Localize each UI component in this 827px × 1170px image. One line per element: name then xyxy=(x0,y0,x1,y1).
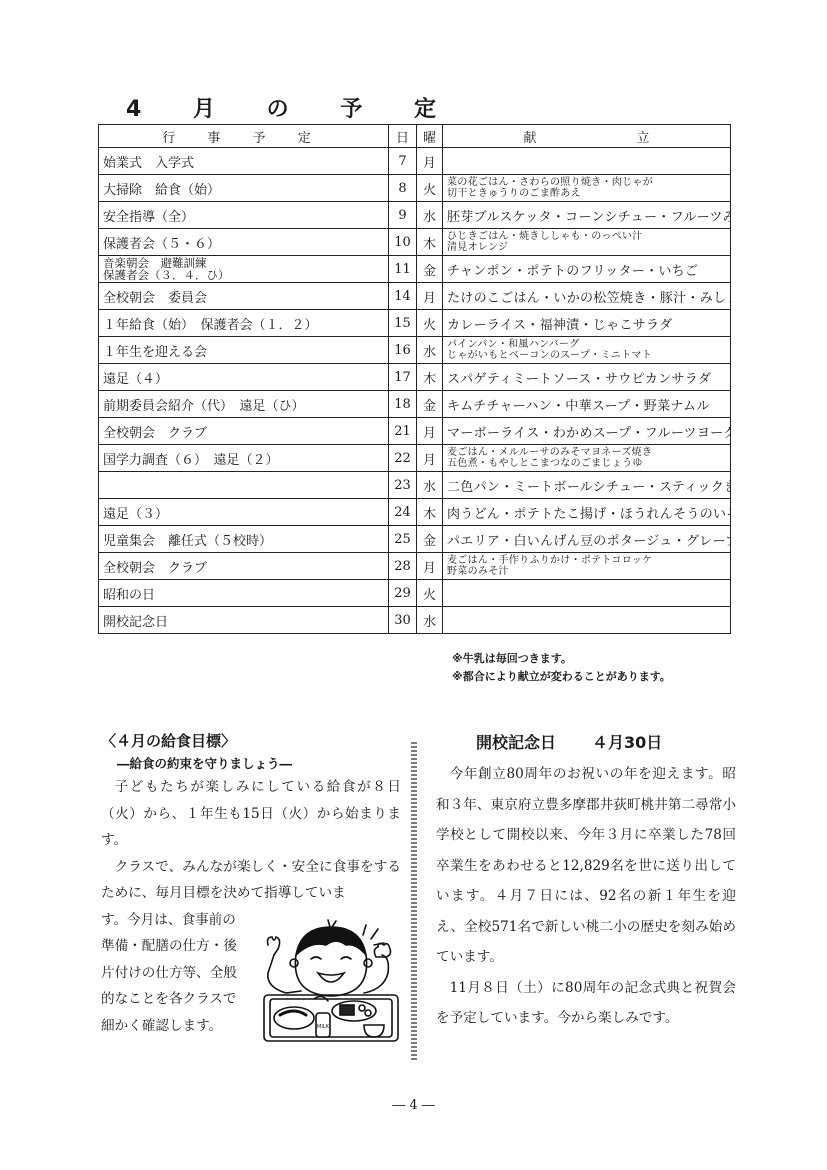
event-cell: 遠足（３） xyxy=(99,499,389,526)
weekday-cell: 木 xyxy=(417,229,443,256)
event-cell-line: 児童集会 離任式（５校時） xyxy=(103,530,384,549)
text-line: 片付けの仕方等、全般 xyxy=(101,960,251,987)
day-cell: 21 xyxy=(389,418,417,445)
schedule-row: 始業式 入学式7月 xyxy=(99,148,731,175)
event-cell: １年給食（始） 保護者会（１．２） xyxy=(99,310,389,337)
menu-cell: 二色パン・ミートボールシチュー・スティックきゅうり xyxy=(443,472,731,499)
event-cell: 保護者会（５・６） xyxy=(99,229,389,256)
menu-cell: パエリア・白いんげん豆のポタージュ・グレープゼリー xyxy=(443,526,731,553)
event-cell: 前期委員会紹介（代） 遠足（ひ） xyxy=(99,391,389,418)
schedule-row: 児童集会 離任式（５校時）25金パエリア・白いんげん豆のポタージュ・グレープゼリ… xyxy=(99,526,731,553)
header-menu-char-b: 立 xyxy=(637,131,650,146)
day-cell: 15 xyxy=(389,310,417,337)
event-cell-line: 全校朝会 クラブ xyxy=(103,557,384,576)
schedule-row: 大掃除 給食（始）8火菜の花ごはん・さわらの照り焼き・肉じゃが切干ときゅうりのご… xyxy=(99,175,731,202)
weekday-cell: 火 xyxy=(417,580,443,607)
menu-cell-line: 肉うどん・ポテトたこ揚げ・ほうれんそうのいそあえ xyxy=(447,503,726,522)
weekday-cell: 水 xyxy=(417,472,443,499)
menu-cell: 菜の花ごはん・さわらの照り焼き・肉じゃが切干ときゅうりのごま酢あえ xyxy=(443,175,731,202)
schedule-row: 全校朝会 委員会14月たけのこごはん・いかの松笠焼き・豚汁・みしょうかん xyxy=(99,283,731,310)
day-cell: 25 xyxy=(389,526,417,553)
child-lunch-illustration: MILK xyxy=(256,915,406,1050)
menu-cell: 麦ごはん・メルルーサのみそマヨネーズ焼き五色煮・もやしとこまつなのごまじょうゆ xyxy=(443,445,731,472)
weekday-cell: 月 xyxy=(417,445,443,472)
schedule-header-row: 行 事 予 定 日 曜 献立 xyxy=(99,125,731,148)
weekday-cell: 水 xyxy=(417,202,443,229)
menu-cell: ひじきごはん・焼きししゃも・のっぺい汁清見オレンジ xyxy=(443,229,731,256)
menu-cell: 肉うどん・ポテトたこ揚げ・ほうれんそうのいそあえ xyxy=(443,499,731,526)
header-weekday: 曜 xyxy=(417,125,443,148)
day-cell: 16 xyxy=(389,337,417,364)
event-cell-line: 開校記念日 xyxy=(103,611,384,630)
event-cell: 音楽朝会 避難訓練保護者会（３．４．ひ） xyxy=(99,256,389,283)
event-cell: 児童集会 離任式（５校時） xyxy=(99,526,389,553)
event-cell-line: 安全指導（全） xyxy=(103,206,384,225)
event-cell-line: １年生を迎える会 xyxy=(103,341,384,360)
day-cell: 7 xyxy=(389,148,417,175)
menu-cell-line: スパゲティミートソース・サウピカンサラダ xyxy=(447,368,726,387)
event-cell: 全校朝会 クラブ xyxy=(99,418,389,445)
menu-cell: カレーライス・福神漬・じゃこサラダ xyxy=(443,310,731,337)
day-cell: 29 xyxy=(389,580,417,607)
event-cell: １年生を迎える会 xyxy=(99,337,389,364)
day-cell: 17 xyxy=(389,364,417,391)
menu-cell: チャンポン・ポテトのフリッター・いちご xyxy=(443,256,731,283)
header-menu-char-a: 献 xyxy=(523,131,536,146)
schedule-row: 国学力調査（６） 遠足（２）22月麦ごはん・メルルーサのみそマヨネーズ焼き五色煮… xyxy=(99,445,731,472)
event-cell-line: 保護者会（３．４．ひ） xyxy=(103,269,384,281)
weekday-cell: 木 xyxy=(417,364,443,391)
menu-cell-line: たけのこごはん・いかの松笠焼き・豚汁・みしょうかん xyxy=(447,287,726,306)
menu-cell-line: チャンポン・ポテトのフリッター・いちご xyxy=(447,260,726,279)
svg-text:MILK: MILK xyxy=(317,1024,330,1030)
event-cell: 安全指導（全） xyxy=(99,202,389,229)
menu-cell-line: マーボーライス・わかめスープ・フルーツヨーグルトかけ xyxy=(447,422,726,441)
menu-cell: キムチチャーハン・中華スープ・野菜ナムル xyxy=(443,391,731,418)
column-divider xyxy=(411,742,417,1062)
lunch-goal-paragraph-2: クラスで、みんなが楽しく・安全に食事をするために、毎月目標を決めて指導していま xyxy=(101,854,401,907)
schedule-row: 遠足（３）24木肉うどん・ポテトたこ揚げ・ほうれんそうのいそあえ xyxy=(99,499,731,526)
menu-cell-line: じゃがいもとベーコンのスープ・ミニトマト xyxy=(447,350,726,361)
day-cell: 10 xyxy=(389,229,417,256)
weekday-cell: 金 xyxy=(417,391,443,418)
anniversary-body: 今年創立80周年のお祝いの年を迎えます。昭和３年、東京府立豊多摩郡井荻町桃井第二… xyxy=(436,759,736,1034)
text-line: 細かく確認します。 xyxy=(101,1013,251,1040)
menu-cell-line: 麦ごはん・手作りふりかけ・ポテトコロッケ xyxy=(447,555,726,566)
event-cell-line: １年給食（始） 保護者会（１．２） xyxy=(103,314,384,333)
menu-cell: スパゲティミートソース・サウピカンサラダ xyxy=(443,364,731,391)
menu-cell-line: 胚芽ブルスケッタ・コーンシチュー・フルーツみつ豆 xyxy=(447,206,726,225)
day-cell: 24 xyxy=(389,499,417,526)
day-cell: 28 xyxy=(389,553,417,580)
schedule-row: 保護者会（５・６）10木ひじきごはん・焼きししゃも・のっぺい汁清見オレンジ xyxy=(99,229,731,256)
event-cell: 全校朝会 委員会 xyxy=(99,283,389,310)
menu-cell xyxy=(443,580,731,607)
anniversary-date: ４月30日 xyxy=(592,733,662,752)
schedule-row: 昭和の日29火 xyxy=(99,580,731,607)
weekday-cell: 月 xyxy=(417,418,443,445)
event-cell-line: 遠足（３） xyxy=(103,503,384,522)
event-cell: 開校記念日 xyxy=(99,607,389,634)
weekday-cell: 金 xyxy=(417,256,443,283)
weekday-cell: 月 xyxy=(417,553,443,580)
page-number: ― 4 ― xyxy=(0,1098,827,1113)
menu-cell xyxy=(443,607,731,634)
lunch-goal-title: 〈４月の給食目標〉 xyxy=(101,730,401,751)
lunch-goal-paragraph-1: 子どもたちが楽しみにしている給食が８日（火）から、１年生も15日（火）から始まり… xyxy=(101,774,401,854)
menu-cell: マーボーライス・わかめスープ・フルーツヨーグルトかけ xyxy=(443,418,731,445)
event-cell-line: 大掃除 給食（始） xyxy=(103,179,384,198)
menu-cell-line: 二色パン・ミートボールシチュー・スティックきゅうり xyxy=(447,476,726,495)
schedule-row: 全校朝会 クラブ28月麦ごはん・手作りふりかけ・ポテトコロッケ野菜のみそ汁 xyxy=(99,553,731,580)
anniversary-paragraph-1: 今年創立80周年のお祝いの年を迎えます。昭和３年、東京府立豊多摩郡井荻町桃井第二… xyxy=(436,759,736,973)
schedule-body: 始業式 入学式7月大掃除 給食（始）8火菜の花ごはん・さわらの照り焼き・肉じゃが… xyxy=(99,148,731,634)
menu-cell-line: 清見オレンジ xyxy=(447,242,726,253)
event-cell: 全校朝会 クラブ xyxy=(99,553,389,580)
menu-cell-line: 麦ごはん・メルルーサのみそマヨネーズ焼き xyxy=(447,447,726,458)
event-cell-line: 昭和の日 xyxy=(103,584,384,603)
menu-cell-line: パインパン・和風ハンバーグ xyxy=(447,339,726,350)
day-cell: 23 xyxy=(389,472,417,499)
menu-cell: 胚芽ブルスケッタ・コーンシチュー・フルーツみつ豆 xyxy=(443,202,731,229)
weekday-cell: 火 xyxy=(417,175,443,202)
weekday-cell: 火 xyxy=(417,310,443,337)
weekday-cell: 金 xyxy=(417,526,443,553)
weekday-cell: 月 xyxy=(417,148,443,175)
event-cell: 大掃除 給食（始） xyxy=(99,175,389,202)
event-cell: 国学力調査（６） 遠足（２） xyxy=(99,445,389,472)
event-cell-line: 全校朝会 クラブ xyxy=(103,422,384,441)
schedule-row: 前期委員会紹介（代） 遠足（ひ）18金キムチチャーハン・中華スープ・野菜ナムル xyxy=(99,391,731,418)
schedule-row: 安全指導（全）9水胚芽ブルスケッタ・コーンシチュー・フルーツみつ豆 xyxy=(99,202,731,229)
schedule-row: 遠足（４）17木スパゲティミートソース・サウピカンサラダ xyxy=(99,364,731,391)
weekday-cell: 水 xyxy=(417,337,443,364)
header-event: 行 事 予 定 xyxy=(99,125,389,148)
menu-cell-line: ひじきごはん・焼きししゃも・のっぺい汁 xyxy=(447,231,726,242)
day-cell: 30 xyxy=(389,607,417,634)
menu-cell: パインパン・和風ハンバーグじゃがいもとベーコンのスープ・ミニトマト xyxy=(443,337,731,364)
lunch-goal-paragraph-2-continued: す。今月は、食事前の 準備・配膳の仕方・後 片付けの仕方等、全般 的なことを各ク… xyxy=(101,907,251,1040)
day-cell: 8 xyxy=(389,175,417,202)
anniversary-title-text: 開校記念日 xyxy=(476,733,556,752)
event-cell: 遠足（４） xyxy=(99,364,389,391)
event-cell-line: 国学力調査（６） 遠足（２） xyxy=(103,449,384,468)
header-day: 日 xyxy=(389,125,417,148)
menu-cell-line: パエリア・白いんげん豆のポタージュ・グレープゼリー xyxy=(447,530,726,549)
schedule-row: １年生を迎える会16水パインパン・和風ハンバーグじゃがいもとベーコンのスープ・ミ… xyxy=(99,337,731,364)
schedule-row: １年給食（始） 保護者会（１．２）15火カレーライス・福神漬・じゃこサラダ xyxy=(99,310,731,337)
weekday-cell: 月 xyxy=(417,283,443,310)
menu-cell: 麦ごはん・手作りふりかけ・ポテトコロッケ野菜のみそ汁 xyxy=(443,553,731,580)
menu-cell-line: キムチチャーハン・中華スープ・野菜ナムル xyxy=(447,395,726,414)
anniversary-paragraph-2: 11月８日（土）に80周年の記念式典と祝賀会を予定しています。今から楽しみです。 xyxy=(436,973,736,1034)
page-title: 4 月 の 予 定 xyxy=(126,92,458,123)
menu-cell-line: 野菜のみそ汁 xyxy=(447,566,726,577)
day-cell: 18 xyxy=(389,391,417,418)
schedule-table: 行 事 予 定 日 曜 献立 始業式 入学式7月大掃除 給食（始）8火菜の花ごは… xyxy=(98,124,731,634)
menu-cell-line: カレーライス・福神漬・じゃこサラダ xyxy=(447,314,726,333)
menu-cell-line: 五色煮・もやしとこまつなのごまじょうゆ xyxy=(447,458,726,469)
lunch-goal-subtitle: ―給食の約束を守りましょう― xyxy=(117,754,401,772)
schedule-row: 音楽朝会 避難訓練保護者会（３．４．ひ）11金チャンポン・ポテトのフリッター・い… xyxy=(99,256,731,283)
weekday-cell: 木 xyxy=(417,499,443,526)
day-cell: 11 xyxy=(389,256,417,283)
menu-cell-line: 菜の花ごはん・さわらの照り焼き・肉じゃが xyxy=(447,177,726,188)
text-line: 準備・配膳の仕方・後 xyxy=(101,933,251,960)
schedule-row: 開校記念日30水 xyxy=(99,607,731,634)
text-line: す。今月は、食事前の xyxy=(101,907,251,934)
event-cell-line: 全校朝会 委員会 xyxy=(103,287,384,306)
schedule-row: 全校朝会 クラブ21月マーボーライス・わかめスープ・フルーツヨーグルトかけ xyxy=(99,418,731,445)
note-menu-change: ※都合により献立が変わることがあります。 xyxy=(452,668,671,686)
text-line: 的なことを各クラスで xyxy=(101,986,251,1013)
menu-cell-line: 切干ときゅうりのごま酢あえ xyxy=(447,188,726,199)
event-cell-line: 保護者会（５・６） xyxy=(103,233,384,252)
event-cell: 始業式 入学式 xyxy=(99,148,389,175)
day-cell: 14 xyxy=(389,283,417,310)
day-cell: 22 xyxy=(389,445,417,472)
note-milk: ※牛乳は毎回つきます。 xyxy=(452,650,671,668)
anniversary-title: 開校記念日４月30日 xyxy=(476,730,736,753)
anniversary-section: 開校記念日４月30日 今年創立80周年のお祝いの年を迎えます。昭和３年、東京府立… xyxy=(436,730,736,1034)
menu-cell xyxy=(443,148,731,175)
day-cell: 9 xyxy=(389,202,417,229)
event-cell-line: 始業式 入学式 xyxy=(103,152,384,171)
event-cell-line: 前期委員会紹介（代） 遠足（ひ） xyxy=(103,395,384,414)
event-cell-line: 遠足（４） xyxy=(103,368,384,387)
event-cell: 昭和の日 xyxy=(99,580,389,607)
event-cell xyxy=(99,472,389,499)
weekday-cell: 水 xyxy=(417,607,443,634)
menu-notes: ※牛乳は毎回つきます。 ※都合により献立が変わることがあります。 xyxy=(452,650,671,686)
schedule-row: 23水二色パン・ミートボールシチュー・スティックきゅうり xyxy=(99,472,731,499)
header-menu: 献立 xyxy=(443,125,731,148)
menu-cell: たけのこごはん・いかの松笠焼き・豚汁・みしょうかん xyxy=(443,283,731,310)
